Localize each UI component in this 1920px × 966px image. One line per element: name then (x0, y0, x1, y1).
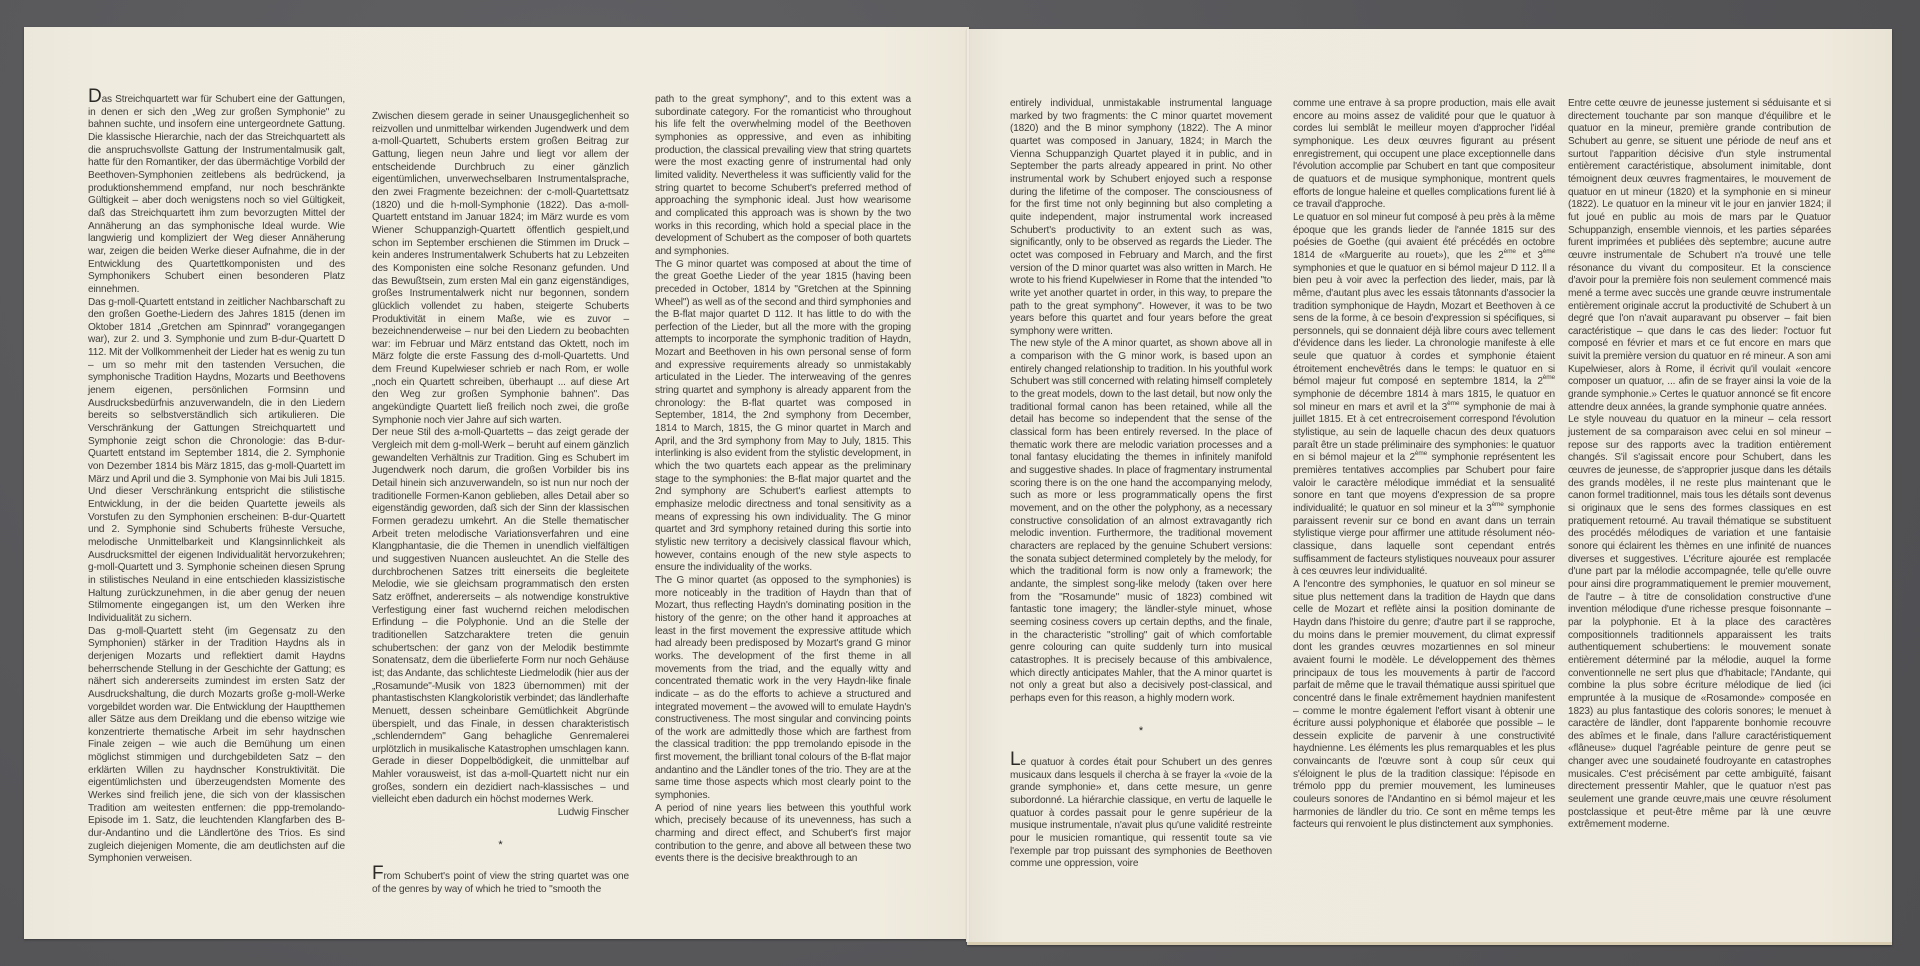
german-paragraph-5: Der neue Stil des a-moll-Quartetts – das… (372, 427, 629, 807)
french-column-2: Entre cette œuvre de jeunesse justement … (1568, 98, 1831, 832)
english-paragraph-2: The G minor quartet was composed at abou… (655, 259, 911, 575)
author-signature: Ludwig Finscher (372, 807, 629, 820)
section-separator: * (372, 839, 629, 852)
drop-cap: F (372, 863, 383, 884)
english-paragraph-5: The new style of the A minor quartet, as… (1010, 338, 1272, 705)
german-paragraph-1: Das Streichquartett war für Schubert ein… (88, 91, 345, 297)
english-column-1: path to the great symphony", and to this… (655, 94, 911, 866)
english-paragraph-1-cont: path to the great symphony", and to this… (655, 94, 911, 259)
german-column-1: Das Streichquartett war für Schubert ein… (88, 91, 345, 866)
french-paragraph-3: A l'encontre des symphonies, le quatuor … (1293, 579, 1555, 832)
french-paragraph-5: Le style nouveau du quatuor en la mineur… (1568, 414, 1831, 832)
french-column-1: comme une entrave à sa propre production… (1293, 98, 1555, 832)
german-paragraph-4: Zwischen diesem gerade in seiner Unausge… (372, 111, 629, 427)
english-paragraph-3: The G minor quartet (as opposed to the s… (655, 575, 911, 803)
drop-cap: L (1010, 749, 1020, 770)
english-paragraph-1: From Schubert's point of view the string… (372, 868, 629, 896)
french-paragraph-1-cont: comme une entrave à sa propre production… (1293, 98, 1555, 212)
section-separator: * (1010, 725, 1272, 738)
center-fold (966, 29, 970, 942)
german-paragraph-3: Das g-moll-Quartett steht (im Gegensatz … (88, 626, 345, 866)
french-paragraph-1: Le quatuor à cordes était pour Schubert … (1010, 754, 1272, 871)
english-column-2: entirely individual, unmistakable instru… (1010, 98, 1272, 871)
french-paragraph-4: Entre cette œuvre de jeunesse justement … (1568, 98, 1831, 414)
french-paragraph-2: Le quatuor en sol mineur fut composé à p… (1293, 212, 1555, 579)
drop-cap: D (88, 86, 102, 107)
english-paragraph-4: A period of nine years lies between this… (655, 803, 911, 866)
english-paragraph-4-cont: entirely individual, unmistakable instru… (1010, 98, 1272, 338)
german-column-2: Zwischen diesem gerade in seiner Unausge… (372, 111, 629, 897)
german-paragraph-2: Das g-moll-Quartett entstand in zeitlich… (88, 297, 345, 626)
